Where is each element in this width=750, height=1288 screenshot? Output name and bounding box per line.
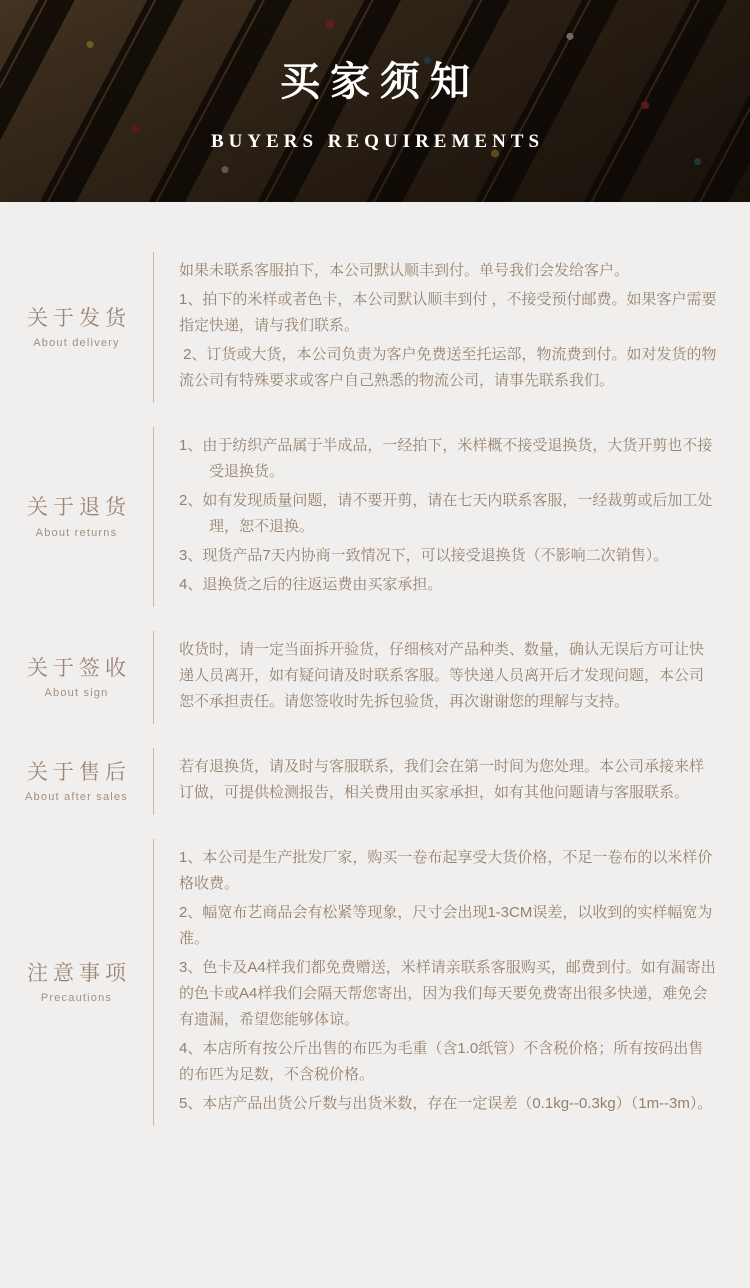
buyers-notice-page: 买家须知 BUYERS REQUIREMENTS 关于发货 About deli…: [0, 0, 750, 1288]
paragraph: 3、色卡及A4样我们都免费赠送，米样请亲联系客服购买，邮费到付。如有漏寄出的色卡…: [179, 955, 718, 1033]
paragraph: 5、本店产品出货公斤数与出货米数，存在一定误差（0.1kg--0.3kg）（1m…: [179, 1091, 718, 1117]
paragraph: 1、拍下的米样或者色卡，本公司默认顺丰到付 ，不接受预付邮费。如果客户需要指定快…: [179, 287, 718, 339]
section-sign: 关于签收 About sign 收货时，请一定当面拆开验货，仔细核对产品种类、数…: [0, 631, 750, 724]
section-delivery: 关于发货 About delivery 如果未联系客服拍下，本公司默认顺丰到付。…: [0, 252, 750, 403]
section-title: 关于售后: [22, 760, 131, 785]
paragraph: 收货时，请一定当面拆开验货，仔细核对产品种类、数量，确认无误后方可让快递人员离开…: [179, 637, 718, 715]
section-precautions-body: 1、本公司是生产批发厂家，购买一卷布起享受大货价格，不足一卷布的以米样价格收费。…: [153, 839, 750, 1126]
paragraph: 如果未联系客服拍下，本公司默认顺丰到付。单号我们会发给客户。: [179, 258, 718, 284]
section-delivery-body: 如果未联系客服拍下，本公司默认顺丰到付。单号我们会发给客户。 1、拍下的米样或者…: [153, 252, 750, 403]
paragraph: 1、本公司是生产批发厂家，购买一卷布起享受大货价格，不足一卷布的以米样价格收费。: [179, 845, 718, 897]
notice-content: 关于发货 About delivery 如果未联系客服拍下，本公司默认顺丰到付。…: [0, 202, 750, 1126]
page-title: 买家须知: [206, 50, 544, 107]
section-sign-body: 收货时，请一定当面拆开验货，仔细核对产品种类、数量，确认无误后方可让快递人员离开…: [153, 631, 750, 724]
paragraph: 2、幅宽布艺商品会有松紧等现象，尺寸会出现1-3CM误差，以收到的实样幅宽为准。: [179, 900, 718, 952]
paragraph: 1、由于纺织产品属于半成品，一经拍下，米样概不接受退换货，大货开剪也不接受退换货…: [179, 433, 718, 485]
paragraph: 4、退换货之后的往返运费由买家承担。: [179, 572, 718, 598]
section-returns-head: 关于退货 About returns: [0, 427, 153, 607]
section-subtitle: About sign: [45, 687, 109, 699]
hero-text-block: 买家须知 BUYERS REQUIREMENTS: [206, 50, 544, 153]
paragraph: 4、本店所有按公斤出售的布匹为毛重（含1.0纸管）不含税价格；所有按码出售的布匹…: [179, 1036, 718, 1088]
section-title: 关于发货: [22, 306, 131, 331]
section-subtitle: About returns: [36, 527, 118, 539]
section-subtitle: About after sales: [25, 791, 128, 803]
section-after-sales: 关于售后 About after sales 若有退换货，请及时与客服联系，我们…: [0, 748, 750, 815]
section-title: 关于签收: [22, 656, 131, 681]
section-after-sales-body: 若有退换货，请及时与客服联系，我们会在第一时间为您处理。本公司承接来样订做，可提…: [153, 748, 750, 815]
paragraph: 3、现货产品7天内协商一致情况下，可以接受退换货（不影响二次销售）。: [179, 543, 718, 569]
page-subtitle: BUYERS REQUIREMENTS: [206, 131, 544, 153]
section-after-sales-head: 关于售后 About after sales: [0, 748, 153, 815]
section-precautions: 注意事项 Precautions 1、本公司是生产批发厂家，购买一卷布起享受大货…: [0, 839, 750, 1126]
section-returns: 关于退货 About returns 1、由于纺织产品属于半成品，一经拍下，米样…: [0, 427, 750, 607]
paragraph: 若有退换货，请及时与客服联系，我们会在第一时间为您处理。本公司承接来样订做，可提…: [179, 754, 718, 806]
section-title: 关于退货: [22, 495, 131, 520]
paragraph: 2、如有发现质量问题，请不要开剪，请在七天内联系客服，一经裁剪或后加工处理，恕不…: [179, 488, 718, 540]
section-subtitle: About delivery: [33, 337, 120, 349]
section-subtitle: Precautions: [41, 992, 112, 1004]
section-returns-body: 1、由于纺织产品属于半成品，一经拍下，米样概不接受退换货，大货开剪也不接受退换货…: [153, 427, 750, 607]
section-title: 注意事项: [22, 961, 131, 986]
paragraph: 2、订货或大货，本公司负责为客户免费送至托运部，物流费到付。如对发货的物流公司有…: [179, 342, 718, 394]
section-precautions-head: 注意事项 Precautions: [0, 839, 153, 1126]
hero-banner: 买家须知 BUYERS REQUIREMENTS: [0, 0, 750, 202]
section-delivery-head: 关于发货 About delivery: [0, 252, 153, 403]
section-sign-head: 关于签收 About sign: [0, 631, 153, 724]
